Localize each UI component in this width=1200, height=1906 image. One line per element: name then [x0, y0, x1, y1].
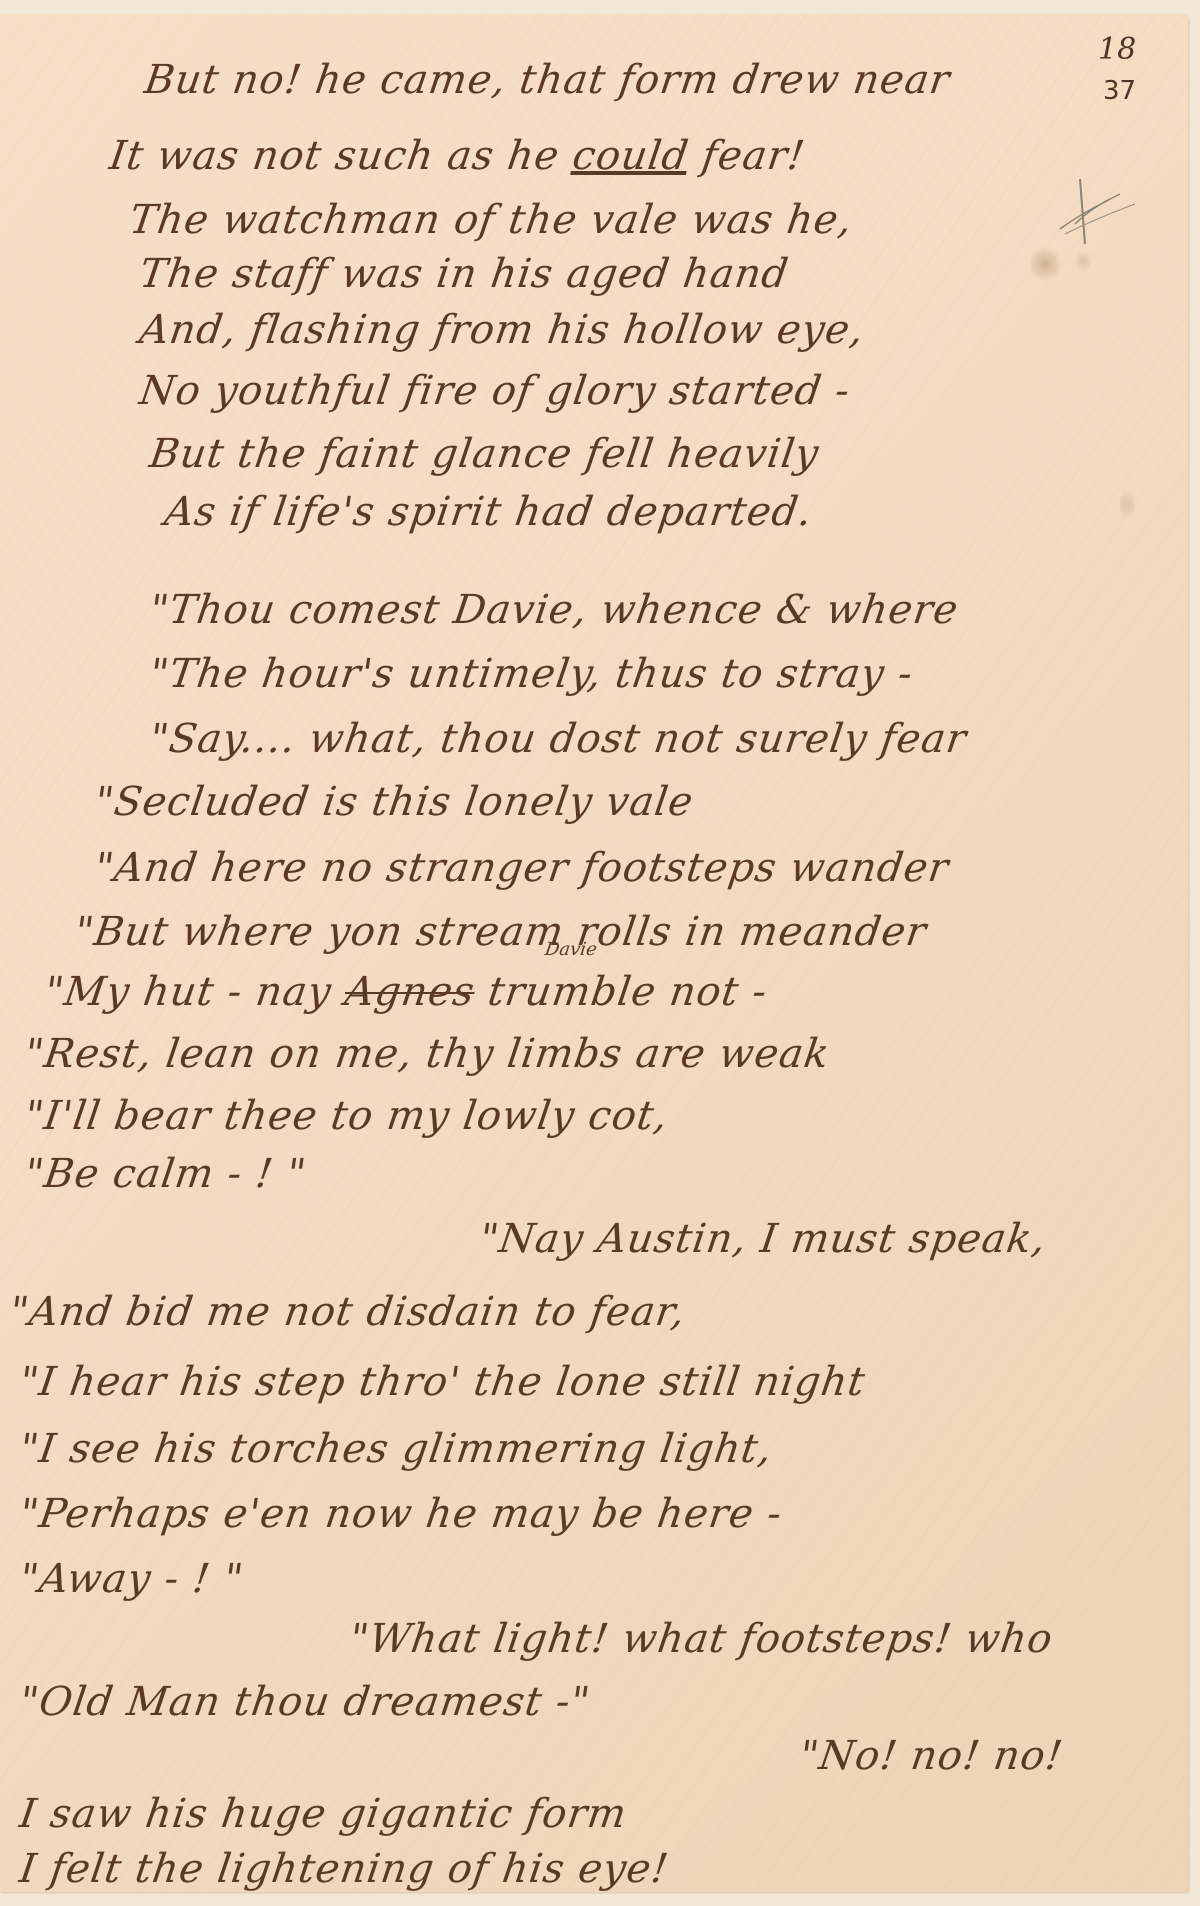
manuscript-line-17: "I'll bear thee to my lowly cot, — [22, 1096, 671, 1136]
line-2-after: fear! — [685, 133, 808, 179]
manuscript-line-23: "Perhaps e'en now he may be here - — [17, 1494, 785, 1534]
manuscript-line-27: "No! no! no! — [797, 1736, 1065, 1776]
manuscript-line-9: "Thou comest Davie, whence & where — [147, 590, 961, 630]
manuscript-line-5: And, flashing from his hollow eye, — [137, 310, 866, 350]
struck-word: Agnes — [342, 969, 478, 1015]
manuscript-line-19: "Nay Austin, I must speak, — [477, 1219, 1049, 1259]
manuscript-line-2: It was not such as he could fear! — [107, 136, 807, 176]
line-15-before: "My hut - nay — [42, 969, 349, 1015]
manuscript-page: 18 37 But no! he came, that form drew ne… — [0, 14, 1188, 1892]
inserted-correction: Davie — [544, 939, 599, 960]
manuscript-line-21: "I hear his step thro' the lone still ni… — [17, 1362, 868, 1402]
folio-number: 18 — [1098, 32, 1136, 67]
manuscript-line-22: "I see his torches glimmering light, — [17, 1429, 775, 1469]
manuscript-line-29: I felt the lightening of his eye! — [17, 1849, 671, 1889]
manuscript-line-7: But the faint glance fell heavily — [147, 434, 821, 474]
manuscript-line-8: As if life's spirit had departed. — [162, 492, 815, 532]
manuscript-line-26: "Old Man thou dreamest -" — [17, 1682, 593, 1722]
manuscript-line-20: "And bid me not disdain to fear, — [7, 1292, 688, 1332]
manuscript-line-6: No youthful fire of glory started - — [137, 371, 853, 411]
manuscript-line-15: "My hut - nay Agnes trumble not - — [42, 972, 770, 1012]
line-2-before: It was not such as he — [107, 133, 576, 179]
pencil-mark-icon — [1040, 174, 1140, 254]
ink-stain — [1120, 484, 1134, 524]
underlined-word: could — [570, 133, 692, 179]
manuscript-line-11: "Say.... what, thou dost not surely fear — [147, 719, 969, 759]
manuscript-line-1: But no! he came, that form drew near — [142, 60, 953, 100]
manuscript-line-3: The watchman of the vale was he, — [127, 200, 855, 240]
line-15-after: trumble not - — [471, 969, 770, 1015]
page-number: 37 — [1103, 76, 1136, 106]
manuscript-line-24: "Away - ! " — [17, 1559, 246, 1599]
manuscript-line-10: "The hour's untimely, thus to stray - — [147, 654, 915, 694]
manuscript-line-4: The staff was in his aged hand — [137, 254, 791, 294]
manuscript-line-14: "But where yon stream rolls in meander — [72, 912, 929, 952]
manuscript-line-25: "What light! what footsteps! who — [347, 1619, 1055, 1659]
manuscript-line-12: "Secluded is this lonely vale — [92, 782, 696, 822]
manuscript-line-18: "Be calm - ! " — [22, 1154, 309, 1194]
manuscript-line-16: "Rest, lean on me, thy limbs are weak — [22, 1034, 832, 1074]
manuscript-line-28: I saw his huge gigantic form — [17, 1794, 629, 1834]
manuscript-line-13: "And here no stranger footsteps wander — [92, 848, 951, 888]
